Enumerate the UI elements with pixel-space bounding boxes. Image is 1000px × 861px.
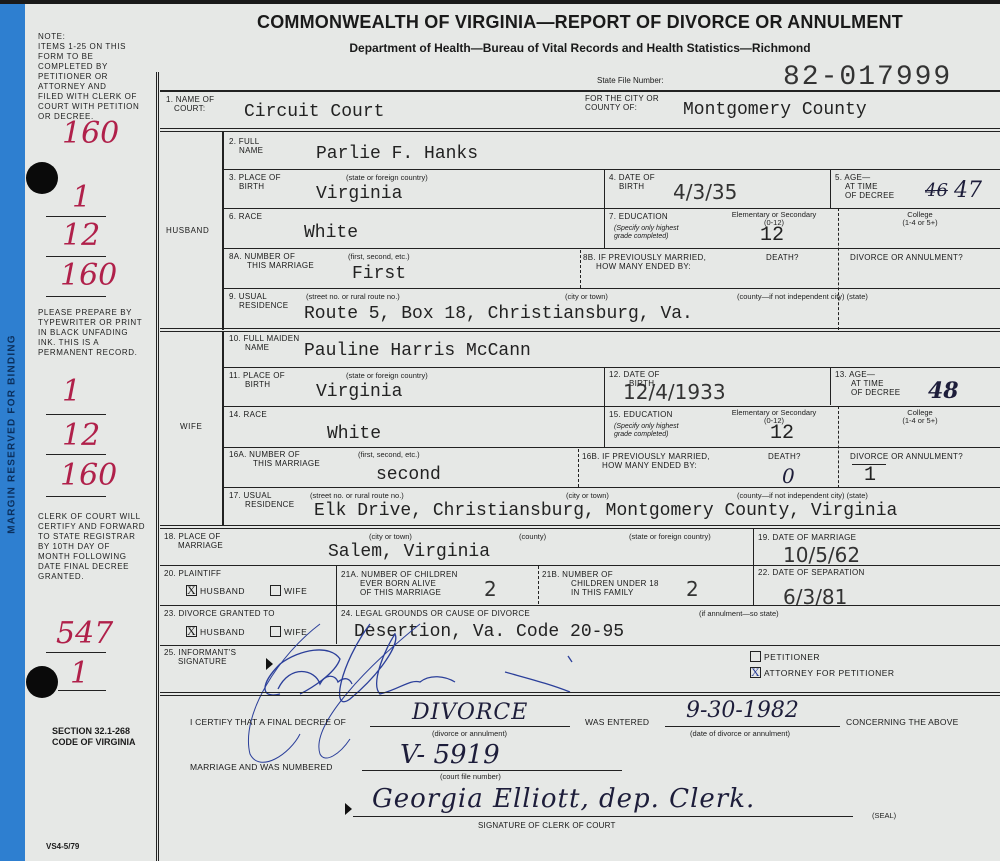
wife-race: White bbox=[327, 424, 381, 444]
arrow-pointer-icon bbox=[345, 803, 352, 815]
residence-hint-city: (city or town) bbox=[565, 292, 608, 301]
husband-age: 47 bbox=[954, 178, 982, 203]
certification-text-2: WAS ENTERED bbox=[585, 717, 649, 727]
checkbox-empty-icon bbox=[270, 585, 281, 596]
rule bbox=[224, 367, 1000, 368]
margin-rule bbox=[46, 652, 106, 653]
form-title: COMMONWEALTH OF VIRGINIA—REPORT OF DIVOR… bbox=[160, 12, 1000, 33]
rule bbox=[753, 529, 754, 606]
husband-dob-label: 4. DATE OFBIRTH bbox=[609, 173, 655, 191]
husband-residence-label: 9. USUALRESIDENCE bbox=[229, 292, 288, 310]
section-code: SECTION 32.1-268CODE OF VIRGINIA bbox=[52, 726, 136, 748]
marriage-place-hint-county: (county) bbox=[519, 532, 546, 541]
marriage-place-hint-state: (state or foreign country) bbox=[629, 532, 711, 541]
rule bbox=[222, 332, 224, 526]
marriage-place: Salem, Virginia bbox=[328, 542, 490, 562]
margin-handwritten-number: 160 bbox=[62, 116, 119, 151]
divorce-report-form: MARGIN RESERVED FOR BINDING NOTE:ITEMS 1… bbox=[0, 4, 1000, 861]
rule bbox=[224, 447, 1000, 448]
wife-section-label: WIFE bbox=[180, 422, 202, 431]
checkbox-label: PETITIONER bbox=[764, 652, 820, 662]
margin-rule bbox=[46, 454, 106, 455]
husband-birthplace-label: 3. PLACE OFBIRTH bbox=[229, 173, 281, 191]
husband-residence: Route 5, Box 18, Christiansburg, Va. bbox=[304, 304, 693, 324]
wife-college-label: College(1-4 or 5+) bbox=[840, 409, 1000, 425]
plaintiff-label: 20. PLAINTIFF bbox=[164, 569, 221, 578]
rule bbox=[160, 328, 1000, 329]
underline bbox=[665, 726, 840, 727]
children-under-18-value: 2 bbox=[686, 577, 699, 601]
certification-text-1: I CERTIFY THAT A FINAL DECREE OF bbox=[190, 717, 346, 727]
husband-full-name: Parlie F. Hanks bbox=[316, 144, 478, 164]
rule bbox=[224, 208, 1000, 209]
wife-education-hint: (Specify only highestgrade completed) bbox=[614, 423, 679, 439]
margin-note-middle: PLEASE PREPARE BYTYPEWRITER OR PRINTIN B… bbox=[38, 308, 142, 358]
decree-date-hint: (date of divorce or annulment) bbox=[690, 729, 790, 738]
margin-handwritten-number: 12 bbox=[62, 218, 100, 253]
marriage-date: 10/5/62 bbox=[783, 543, 860, 567]
margin-note-bottom: CLERK OF COURT WILLCERTIFY AND FORWARDTO… bbox=[38, 512, 145, 582]
wife-marriage-number-hint: (first, second, etc.) bbox=[358, 450, 420, 459]
husband-marriage-number-hint: (first, second, etc.) bbox=[348, 252, 410, 261]
margin-handwritten-number: 1 bbox=[62, 374, 81, 409]
wife-residence: Elk Drive, Christiansburg, Montgomery Co… bbox=[314, 501, 897, 521]
certification-text-3: CONCERNING THE ABOVE bbox=[846, 717, 958, 727]
checkbox-checked-icon: X bbox=[186, 585, 197, 596]
wife-birthplace-label: 11. PLACE OFBIRTH bbox=[229, 371, 285, 389]
form-subtitle: Department of Health—Bureau of Vital Rec… bbox=[160, 41, 1000, 55]
margin-note-top: NOTE:ITEMS 1-25 ON THISFORM TO BE COMPLE… bbox=[38, 32, 139, 122]
plaintiff-husband-checkbox[interactable]: XHUSBAND bbox=[186, 585, 245, 596]
court-file-number: V- 5919 bbox=[400, 740, 500, 770]
husband-elem-value: 12 bbox=[760, 224, 784, 247]
dashed-rule bbox=[538, 566, 539, 604]
rule bbox=[224, 169, 1000, 170]
husband-name-label: 2. FULLNAME bbox=[229, 137, 263, 155]
underline bbox=[362, 770, 622, 771]
state-file-number-label: State File Number: bbox=[597, 76, 664, 85]
husband-birthplace-hint: (state or foreign country) bbox=[346, 173, 428, 182]
residence-hint-street: (street no. or rural route no.) bbox=[310, 491, 404, 500]
husband-race: White bbox=[304, 223, 358, 243]
rule bbox=[224, 487, 1000, 488]
punch-hole-bottom bbox=[26, 666, 58, 698]
plaintiff-wife-checkbox[interactable]: WIFE bbox=[270, 585, 307, 596]
wife-divorce-value: 1 bbox=[864, 464, 876, 487]
checkbox-label: ATTORNEY FOR PETITIONER bbox=[764, 668, 895, 678]
rule bbox=[604, 367, 605, 447]
rule bbox=[160, 565, 1000, 566]
husband-age-struck: 46 bbox=[925, 180, 948, 201]
residence-hint-city: (city or town) bbox=[566, 491, 609, 500]
punch-hole-top bbox=[26, 162, 58, 194]
rule bbox=[160, 128, 1000, 129]
state-file-number: 82-017999 bbox=[783, 62, 952, 93]
children-born-value: 2 bbox=[484, 577, 497, 601]
wife-marriage-number-label: 16a. NUMBER OFTHIS MARRIAGE bbox=[229, 450, 320, 468]
rule bbox=[160, 692, 1000, 693]
decree-type-hint: (divorce or annulment) bbox=[432, 729, 507, 738]
dashed-rule bbox=[838, 208, 839, 330]
wife-race-label: 14. RACE bbox=[229, 410, 267, 419]
wife-elem-value: 12 bbox=[770, 422, 794, 445]
margin-rule bbox=[58, 690, 106, 691]
underline bbox=[370, 726, 570, 727]
decree-type: DIVORCE bbox=[412, 700, 528, 725]
residence-hint-street: (street no. or rural route no.) bbox=[306, 292, 400, 301]
wife-death-label: DEATH? bbox=[768, 452, 801, 461]
separation-date-label: 22. DATE OF SEPARATION bbox=[758, 568, 865, 577]
court-name-value: Circuit Court bbox=[244, 102, 384, 122]
rule bbox=[830, 169, 831, 208]
seal-label: (SEAL) bbox=[872, 811, 896, 820]
legal-grounds-hint: (if annulment—so state) bbox=[699, 609, 779, 618]
margin-handwritten-number: 1 bbox=[72, 180, 91, 215]
court-file-number-hint: (court file number) bbox=[440, 772, 501, 781]
wife-death-value: 0 bbox=[782, 464, 795, 488]
husband-divorce-label: DIVORCE OR ANNULMENT? bbox=[850, 253, 963, 262]
husband-birthplace: Virginia bbox=[316, 184, 402, 204]
court-name-label: 1. NAME OFCOURT: bbox=[166, 95, 214, 113]
checkbox-label: HUSBAND bbox=[200, 586, 245, 596]
wife-previous-marriages-label: 16b. IF PREVIOUSLY MARRIED,HOW MANY ENDE… bbox=[582, 452, 710, 470]
court-county-label: FOR THE CITY ORCOUNTY OF: bbox=[585, 94, 659, 112]
rule bbox=[830, 367, 831, 405]
clerk-signature-label: SIGNATURE OF CLERK OF COURT bbox=[478, 821, 616, 830]
husband-age-label: 5. AGE—AT TIMEOF DECREE bbox=[835, 173, 894, 200]
husband-marriage-number: First bbox=[352, 264, 406, 284]
decree-entered-date: 9-30-1982 bbox=[686, 698, 799, 723]
wife-divorce-label: DIVORCE OR ANNULMENT? bbox=[850, 452, 963, 461]
husband-marriage-number-label: 8a. NUMBER OFTHIS MARRIAGE bbox=[229, 252, 314, 270]
checkbox-label: WIFE bbox=[284, 586, 307, 596]
husband-education-label: 7. EDUCATION bbox=[609, 212, 668, 221]
margin-handwritten-number: 12 bbox=[62, 418, 100, 453]
wife-marriage-number: second bbox=[376, 465, 441, 485]
wife-education-label: 15. EDUCATION bbox=[609, 410, 673, 419]
margin-rule bbox=[46, 414, 106, 415]
binding-margin: MARGIN RESERVED FOR BINDING bbox=[0, 4, 25, 861]
rule bbox=[224, 288, 1000, 289]
rule bbox=[224, 248, 1000, 249]
husband-college-label: College(1-4 or 5+) bbox=[840, 211, 1000, 227]
rule bbox=[160, 528, 1000, 529]
margin-handwritten-number: 547 bbox=[56, 616, 113, 651]
rule bbox=[160, 331, 1000, 332]
informant-petitioner-checkbox[interactable]: PETITIONER bbox=[750, 651, 820, 662]
rule bbox=[160, 525, 1000, 526]
form-border-left bbox=[156, 72, 159, 861]
margin-rule bbox=[46, 496, 106, 497]
margin-handwritten-number: 160 bbox=[60, 458, 117, 493]
husband-death-label: DEATH? bbox=[766, 253, 799, 262]
marriage-place-hint-city: (city or town) bbox=[369, 532, 412, 541]
checkbox-empty-icon bbox=[750, 651, 761, 662]
certification-text-4: MARRIAGE AND WAS NUMBERED bbox=[190, 762, 333, 772]
children-born-label: 21a. NUMBER OF CHILDRENEVER BORN ALIVEOF… bbox=[341, 570, 458, 597]
margin-handwritten-number: 1 bbox=[70, 656, 89, 691]
wife-residence-label: 17. USUALRESIDENCE bbox=[229, 491, 294, 509]
residence-hint-county: (county—if not independent city) (state) bbox=[737, 292, 868, 301]
court-county-value: Montgomery County bbox=[683, 100, 867, 120]
wife-age-label: 13. AGE—AT TIMEOF DECREE bbox=[835, 370, 900, 397]
clerk-signature: Georgia Elliott, dep. Clerk. bbox=[372, 784, 755, 814]
binding-label: MARGIN RESERVED FOR BINDING bbox=[7, 334, 18, 533]
rule bbox=[224, 406, 1000, 407]
margin-rule bbox=[46, 296, 106, 297]
margin-handwritten-number: 160 bbox=[60, 258, 117, 293]
rule bbox=[160, 131, 1000, 132]
checkbox-checked-icon: X bbox=[186, 626, 197, 637]
margin-rule bbox=[46, 216, 106, 217]
dashed-rule bbox=[580, 250, 581, 288]
rule bbox=[222, 132, 224, 330]
wife-dob: 12/4/1933 bbox=[623, 380, 726, 404]
wife-name-label: 10. FULL MAIDENNAME bbox=[229, 334, 299, 352]
residence-hint-county: (county—if not independent city) (state) bbox=[737, 491, 868, 500]
marriage-place-label: 18. PLACE OFMARRIAGE bbox=[164, 532, 223, 550]
wife-full-name: Pauline Harris McCann bbox=[304, 341, 531, 361]
checkbox-checked-icon: X bbox=[750, 667, 761, 678]
wife-age: 48 bbox=[928, 378, 959, 404]
underline bbox=[353, 816, 853, 817]
margin-rule bbox=[46, 256, 106, 257]
rule bbox=[160, 90, 1000, 92]
husband-dob: 4/3/35 bbox=[673, 180, 737, 204]
husband-section-label: HUSBAND bbox=[166, 226, 209, 235]
rule bbox=[160, 695, 1000, 696]
marriage-date-label: 19. DATE OF MARRIAGE bbox=[758, 533, 856, 542]
husband-race-label: 6. RACE bbox=[229, 212, 262, 221]
husband-previous-marriages-label: 8b. IF PREVIOUSLY MARRIED,HOW MANY ENDED… bbox=[583, 253, 706, 271]
husband-education-hint: (Specify only highestgrade completed) bbox=[614, 225, 679, 241]
form-number: VS4-5/79 bbox=[46, 842, 79, 851]
dashed-rule bbox=[578, 449, 579, 487]
wife-birthplace-hint: (state or foreign country) bbox=[346, 371, 428, 380]
children-under-18-label: 21b. NUMBER OFCHILDREN UNDER 18IN THIS F… bbox=[542, 570, 659, 597]
informant-attorney-checkbox[interactable]: XATTORNEY FOR PETITIONER bbox=[750, 667, 895, 678]
wife-birthplace: Virginia bbox=[316, 382, 402, 402]
